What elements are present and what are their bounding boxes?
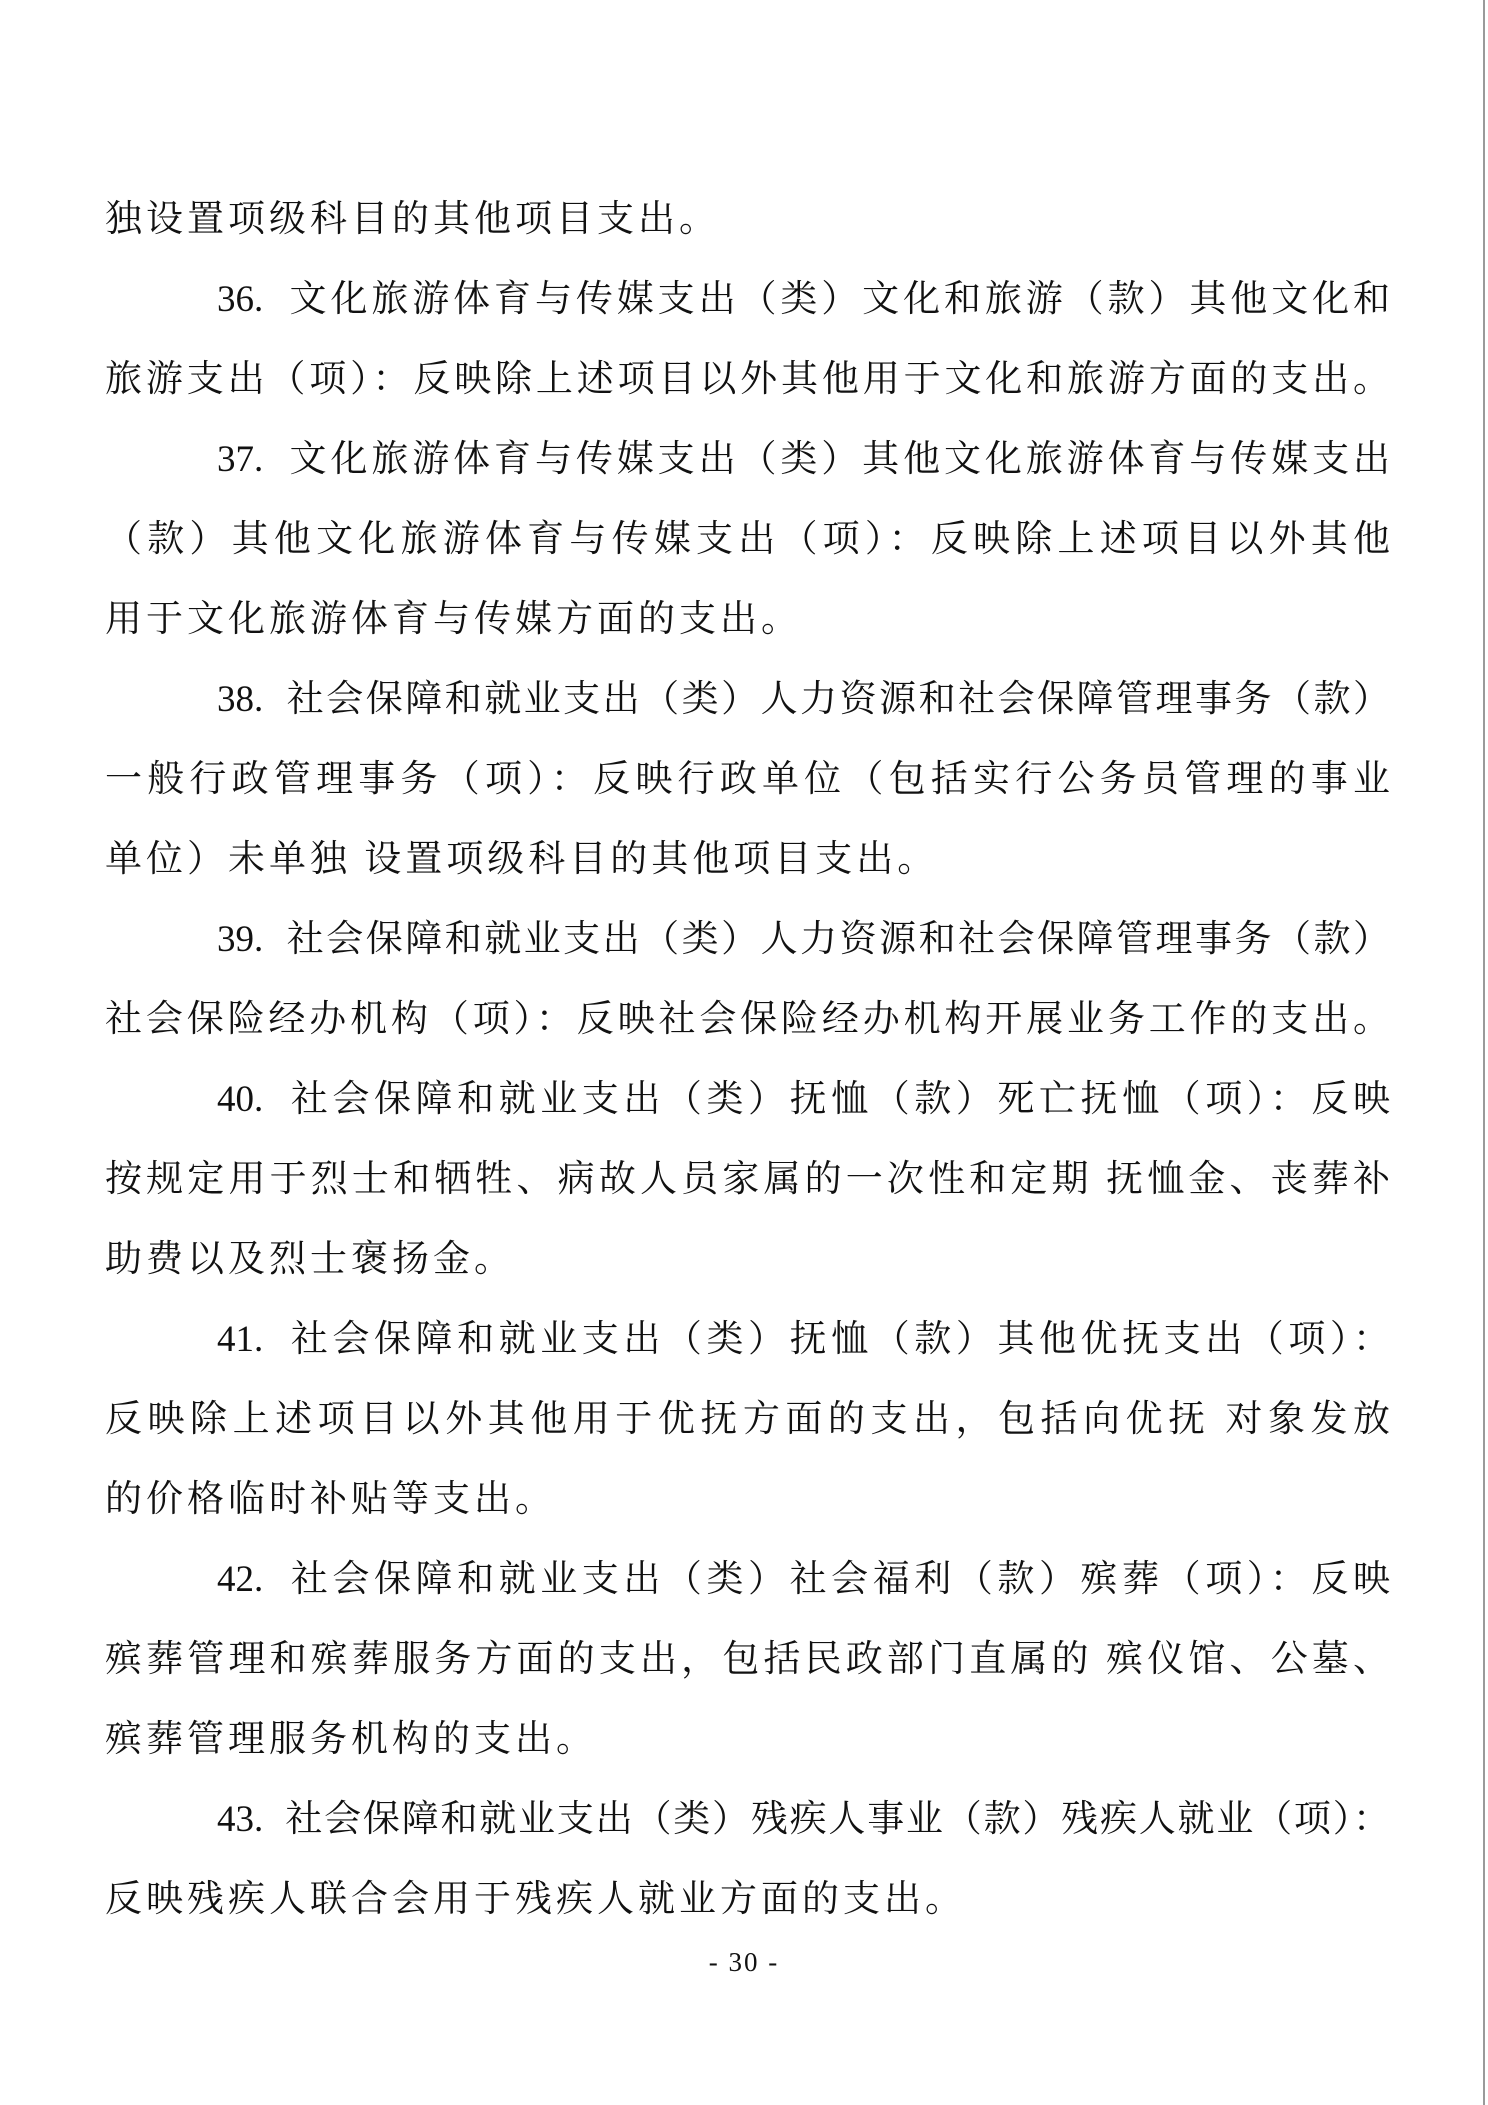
text-line: 40. 社会保障和就业支出（类）抚恤（款）死亡抚恤（项）：反映 [105,1060,1390,1140]
text-line: 按规定用于烈士和牺牲、病故人员家属的一次性和定期 抚恤金、丧葬补 [105,1140,1390,1220]
scan-edge-line [1483,0,1485,2105]
text-line: 的价格临时补贴等支出。 [105,1460,1390,1540]
text-line: 独设置项级科目的其他项目支出。 [105,180,1390,260]
text-line: 37. 文化旅游体育与传媒支出（类）其他文化旅游体育与传媒支出 [105,420,1390,500]
page-number: - 30 - [0,1942,1488,1982]
text-line: 39. 社会保障和就业支出（类）人力资源和社会保障管理事务（款） [105,900,1390,980]
text-line: 单位）未单独 设置项级科目的其他项目支出。 [105,820,1390,900]
text-line: 旅游支出（项）：反映除上述项目以外其他用于文化和旅游方面的支出。 [105,340,1390,420]
text-line: （款）其他文化旅游体育与传媒支出（项）：反映除上述项目以外其他 [105,500,1390,580]
text-line: 36. 文化旅游体育与传媒支出（类）文化和旅游（款）其他文化和 [105,260,1390,340]
text-line: 43. 社会保障和就业支出（类）残疾人事业（款）残疾人就业（项）： [105,1780,1390,1860]
text-line: 社会保险经办机构（项）：反映社会保险经办机构开展业务工作的支出。 [105,980,1390,1060]
text-line: 38. 社会保障和就业支出（类）人力资源和社会保障管理事务（款） [105,660,1390,740]
text-line: 反映除上述项目以外其他用于优抚方面的支出，包括向优抚 对象发放 [105,1380,1390,1460]
text-line: 殡葬管理服务机构的支出。 [105,1700,1390,1780]
document-body: 独设置项级科目的其他项目支出。36. 文化旅游体育与传媒支出（类）文化和旅游（款… [0,0,1488,1940]
text-line: 42. 社会保障和就业支出（类）社会福利（款）殡葬（项）：反映 [105,1540,1390,1620]
text-line: 反映残疾人联合会用于残疾人就业方面的支出。 [105,1860,1390,1940]
text-line: 殡葬管理和殡葬服务方面的支出，包括民政部门直属的 殡仪馆、公墓、 [105,1620,1390,1700]
document-page: 独设置项级科目的其他项目支出。36. 文化旅游体育与传媒支出（类）文化和旅游（款… [0,0,1488,2105]
text-line: 助费以及烈士褒扬金。 [105,1220,1390,1300]
text-line: 用于文化旅游体育与传媒方面的支出。 [105,580,1390,660]
text-line: 一般行政管理事务（项）：反映行政单位（包括实行公务员管理的事业 [105,740,1390,820]
text-line: 41. 社会保障和就业支出（类）抚恤（款）其他优抚支出（项）： [105,1300,1390,1380]
